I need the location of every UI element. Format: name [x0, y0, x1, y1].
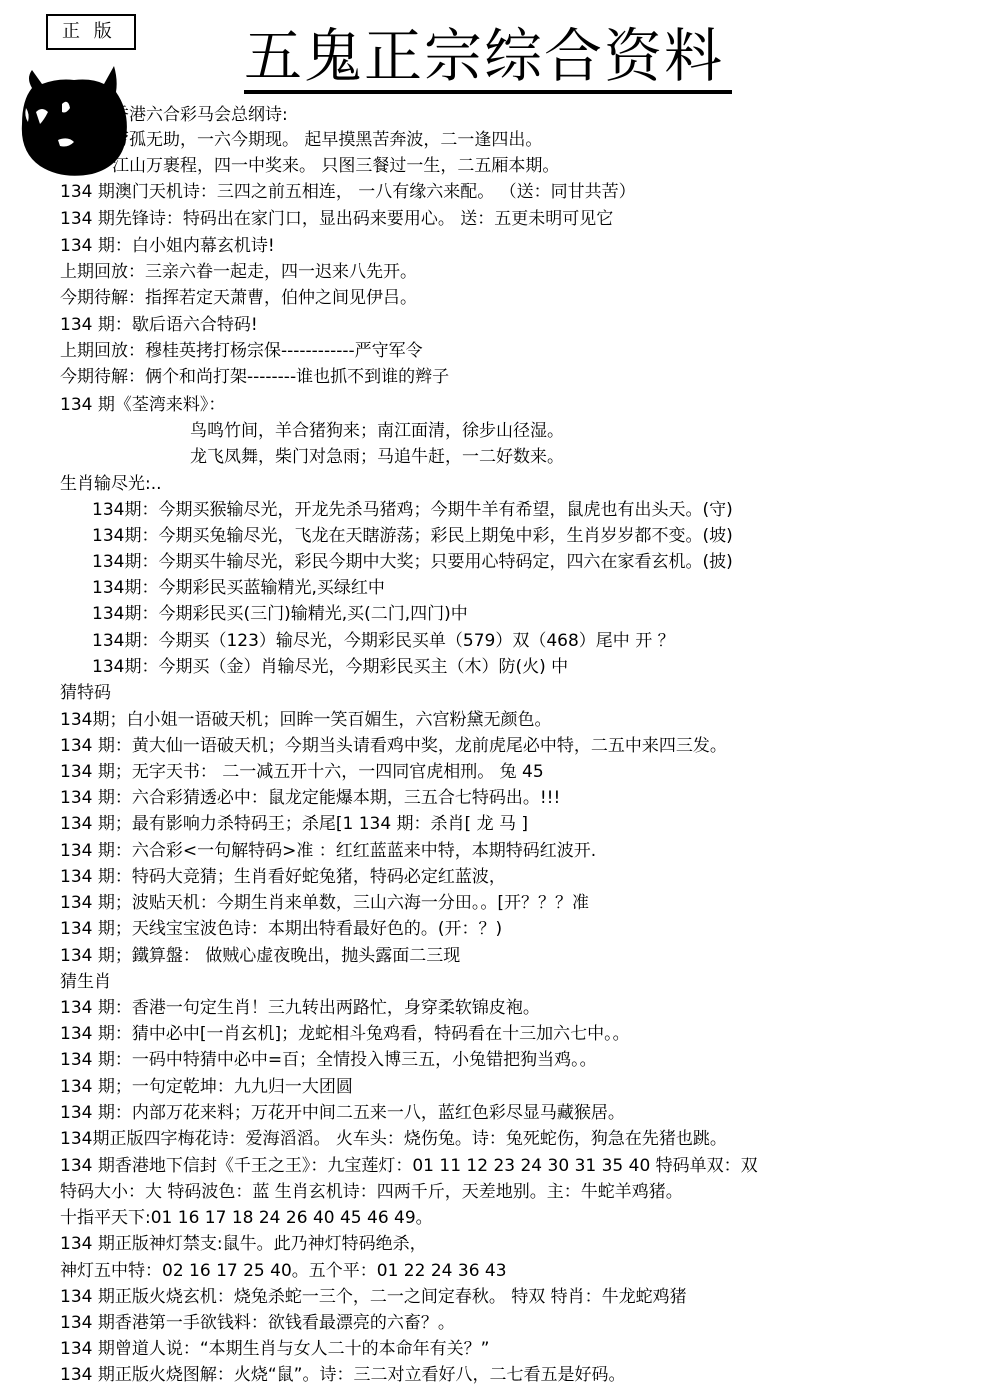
- text-line: 猜生肖: [60, 971, 111, 993]
- text-line: 134 期：黄大仙一语破天机；今期当头请看鸡中奖，龙前虎尾必中特，二五中来四三发…: [60, 735, 727, 757]
- text-line: 134 期：内部万花来料；万花开中间二五来一八，蓝红色彩尽显马藏猴居。: [60, 1102, 625, 1124]
- text-line: 134期：今期买猴输尽光，开龙先杀马猪鸡；今期牛羊有希望，鼠虎也有出头天。(守): [92, 499, 733, 521]
- text-line: 猜特码: [60, 682, 111, 704]
- text-line: 134 期；鐵算盤： 做贼心虚夜晚出，抛头露面二三现: [60, 945, 460, 967]
- text-line: 134 期正版火烧图解：火烧“鼠”。诗：三二对立看好八，二七看五是好码。: [60, 1364, 625, 1386]
- ghost-face-icon: [18, 62, 130, 178]
- text-line: 134期：今期买（金）肖输尽光，今期彩民买主（木）防(火) 中: [92, 656, 568, 678]
- text-line: 今期待解：指挥若定天萧曹，伯仲之间见伊吕。: [60, 287, 417, 309]
- text-line: 134期正版四字梅花诗：爱海滔滔。 火车头：烧伤兔。诗：兔死蛇伤，狗急在先猪也跳…: [60, 1128, 727, 1150]
- text-line: 134 期：一码中特猜中必中=百；全情投入博三五，小兔错把狗当鸡。。: [60, 1049, 597, 1071]
- text-line: 134 期：歇后语六合特码!: [60, 314, 258, 336]
- text-line: 134期：今期彩民买(三门)输精光,买(二门,四门)中: [92, 603, 468, 625]
- text-line: 134 期：香港一句定生肖！三九转出两路忙，身穿柔软锦皮袍。: [60, 997, 540, 1019]
- text-line: 龙飞凤舞，柴门对急雨；马追牛赶，一二好数来。: [190, 446, 564, 468]
- text-line: 134 期；最有影响力杀特码王；杀尾[1 134 期：杀肖[ 龙 马 ]: [60, 813, 528, 835]
- text-line: 劳孤无助，一六今期现。 起早摸黑苦奔波，二一逢四出。: [112, 129, 542, 151]
- text-line: 134 期；波贴天机：今期生肖来单数，三山六海一分田。。[开？？？准: [60, 892, 589, 914]
- text-line: 134 期；无字天书： 二一减五开十六，一四同官虎相刑。 兔 45: [60, 761, 544, 783]
- text-line: 134 期：六合彩猜透必中：鼠龙定能爆本期，三五合七特码出。!!!: [60, 787, 560, 809]
- text-line: 134 期：特码大竞猜；生肖看好蛇兔猪，特码必定红蓝波，: [60, 866, 506, 888]
- text-line: 134期：今期买（123）输尽光，今期彩民买单（579）双（468）尾中 开 ？: [92, 630, 675, 652]
- text-line: 134 期；一句定乾坤：九九归一大团圆: [60, 1076, 353, 1098]
- text-line: 今期待解：俩个和尚打架--------谁也抓不到谁的辫子: [60, 366, 449, 388]
- page-title: 五鬼正宗综合资料: [244, 24, 732, 94]
- text-line: 134 期：猜中必中[一肖玄机]；龙蛇相斗兔鸡看，特码看在十三加六七中。。: [60, 1023, 630, 1045]
- text-line: 134 期：六合彩<一句解特码>准 ：红红蓝蓝来中特，本期特码红波开.: [60, 840, 596, 862]
- text-line: 134 期正版火烧玄机：烧兔杀蛇一三个，二一之间定春秋。 特双 特肖：牛龙蛇鸡猪: [60, 1286, 687, 1308]
- text-line: 神灯五中特：02 16 17 25 40。五个平：01 22 24 36 43: [60, 1260, 507, 1282]
- text-line: 134 期香港地下信封《千王之王》：九宝莲灯：01 11 12 23 24 30…: [60, 1155, 758, 1177]
- text-line: 香港六合彩马会总纲诗:: [112, 104, 288, 126]
- text-line: 生肖输尽光:..: [60, 473, 162, 495]
- edition-badge: 正 版: [46, 14, 136, 50]
- text-line: 134 期：白小姐内幕玄机诗!: [60, 235, 275, 257]
- text-line: 134 期曾道人说：“本期生肖与女人二十的本命年有关？”: [60, 1338, 489, 1360]
- text-line: 134期：今期买兔输尽光，飞龙在天瞎游荡；彩民上期兔中彩，生肖岁岁都不变。(坡): [92, 525, 733, 547]
- text-line: 134 期先锋诗：特码出在家门口，显出码来要用心。 送：五更未明可见它: [60, 208, 613, 230]
- text-line: 特码大小：大 特码波色：蓝 生肖玄机诗：四两千斤，天差地别。主：牛蛇羊鸡猪。: [60, 1181, 683, 1203]
- text-line: 上期回放：穆桂英拷打杨宗保------------严守军令: [60, 340, 423, 362]
- text-line: 134期：今期买牛输尽光，彩民今期中大奖；只要用心特码定，四六在家看玄机。(披): [92, 551, 733, 573]
- text-line: 134 期香港第一手欲钱料：欲钱看最漂亮的六畜？。: [60, 1312, 455, 1334]
- text-line: 134 期澳门天机诗：三四之前五相连， 一八有缘六来配。 （送：同甘共苦）: [60, 181, 636, 203]
- text-line: 134期；白小姐一语破天机；回眸一笑百媚生，六宫粉黛无颜色。: [60, 709, 551, 731]
- text-line: 江山万裹程，四一中奖来。 只图三餐过一生，二五厢本期。: [112, 155, 559, 177]
- text-line: 134 期正版神灯禁支:鼠牛。此乃神灯特码绝杀，: [60, 1233, 427, 1255]
- text-line: 鸟鸣竹间，羊合猪狗来；南江面清，徐步山径湿。: [190, 420, 564, 442]
- text-line: 134 期《荃湾来料》：: [60, 394, 225, 416]
- text-line: 上期回放：三亲六眷一起走，四一迟来八先开。: [60, 261, 417, 283]
- text-line: 134期：今期彩民买蓝输精光,买绿红中: [92, 577, 385, 599]
- text-line: 134 期；天线宝宝波色诗：本期出特看最好色的。(开：？): [60, 918, 502, 940]
- text-line: 十指平天下:01 16 17 18 24 26 40 45 46 49。: [60, 1207, 433, 1229]
